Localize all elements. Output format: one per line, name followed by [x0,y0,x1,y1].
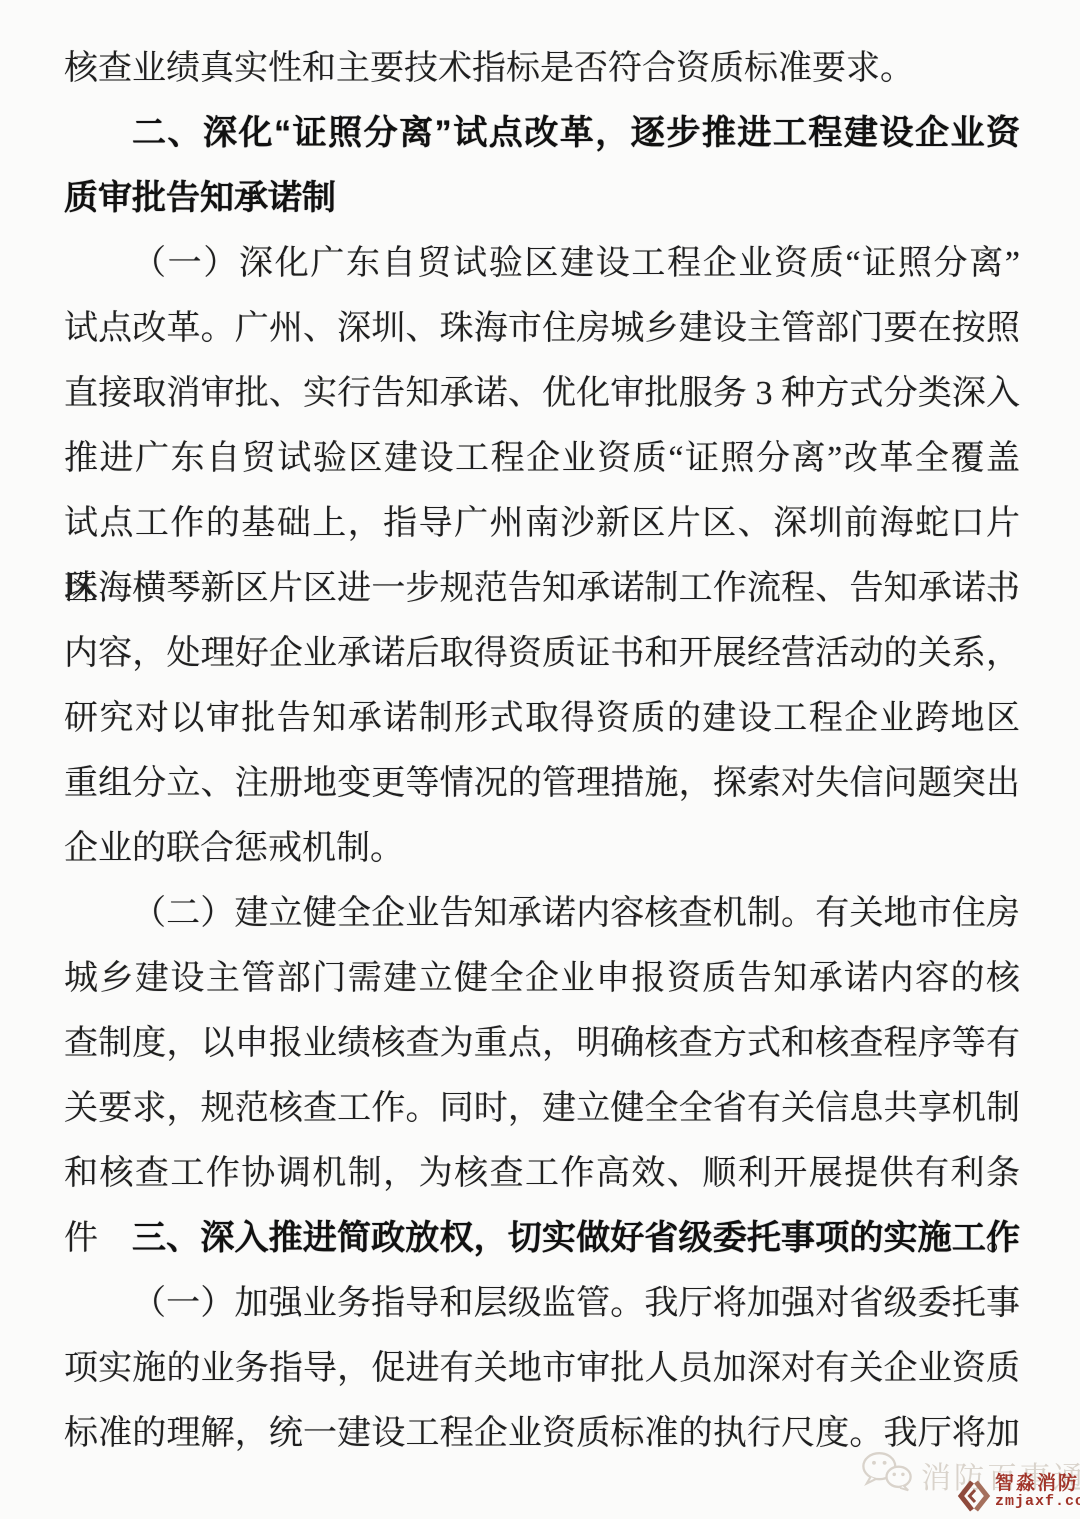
body-line: 重组分立、注册地变更等情况的管理措施，探索对失信问题突出 [64,751,1020,816]
body-line: 试点工作的基础上，指导广州南沙新区片区、深圳前海蛇口片区、 [64,491,1020,556]
body-line: （一）深化广东自贸试验区建设工程企业资质“证照分离” [64,231,1020,296]
body-line: 试点改革。广州、深圳、珠海市住房城乡建设主管部门要在按照 [64,296,1020,361]
body-line: （二）建立健全企业告知承诺内容核查机制。有关地市住房 [64,881,1020,946]
watermark-brand-url: zmjaxf.com [995,1494,1080,1510]
diamond-brackets-icon [956,1476,992,1519]
body-line: 查制度，以申报业绩核查为重点，明确核查方式和核查程序等有 [64,1011,1020,1076]
body-line: 核查业绩真实性和主要技术指标是否符合资质标准要求。 [64,36,1020,101]
document-text-block: 核查业绩真实性和主要技术指标是否符合资质标准要求。 二、深化“证照分离”试点改革… [64,36,1020,1466]
section-heading: 质审批告知承诺制 [64,166,1020,231]
body-line: 推进广东自贸试验区建设工程企业资质“证照分离”改革全覆盖 [64,426,1020,491]
body-line: 城乡建设主管部门需建立健全企业申报资质告知承诺内容的核 [64,946,1020,1011]
watermark-brand: 智淼消防 zmjaxf.com [956,1474,1080,1519]
body-line: 内容，处理好企业承诺后取得资质证书和开展经营活动的关系， [64,621,1020,686]
body-line: 关要求，规范核查工作。同时，建立健全全省有关信息共享机制 [64,1076,1020,1141]
section-heading: 二、深化“证照分离”试点改革，逐步推进工程建设企业资 [64,101,1020,166]
body-line: 项实施的业务指导，促进有关地市审批人员加深对有关企业资质 [64,1336,1020,1401]
body-line: 直接取消审批、实行告知承诺、优化审批服务 3 种方式分类深入 [64,361,1020,426]
document-page: 核查业绩真实性和主要技术指标是否符合资质标准要求。 二、深化“证照分离”试点改革… [0,0,1080,1519]
watermark-brand-name: 智淼消防 [995,1474,1080,1494]
body-line: 研究对以审批告知承诺制形式取得资质的建设工程企业跨地区 [64,686,1020,751]
body-line: 和核查工作协调机制，为核查工作高效、顺利开展提供有利条件。 [64,1141,1020,1206]
section-heading: 三、深入推进简政放权，切实做好省级委托事项的实施工作 [64,1206,1020,1271]
chat-bubbles-icon [860,1450,914,1500]
body-line: （一）加强业务指导和层级监管。我厅将加强对省级委托事 [64,1271,1020,1336]
body-line: 企业的联合惩戒机制。 [64,816,1020,881]
body-line: 珠海横琴新区片区进一步规范告知承诺制工作流程、告知承诺书 [64,556,1020,621]
